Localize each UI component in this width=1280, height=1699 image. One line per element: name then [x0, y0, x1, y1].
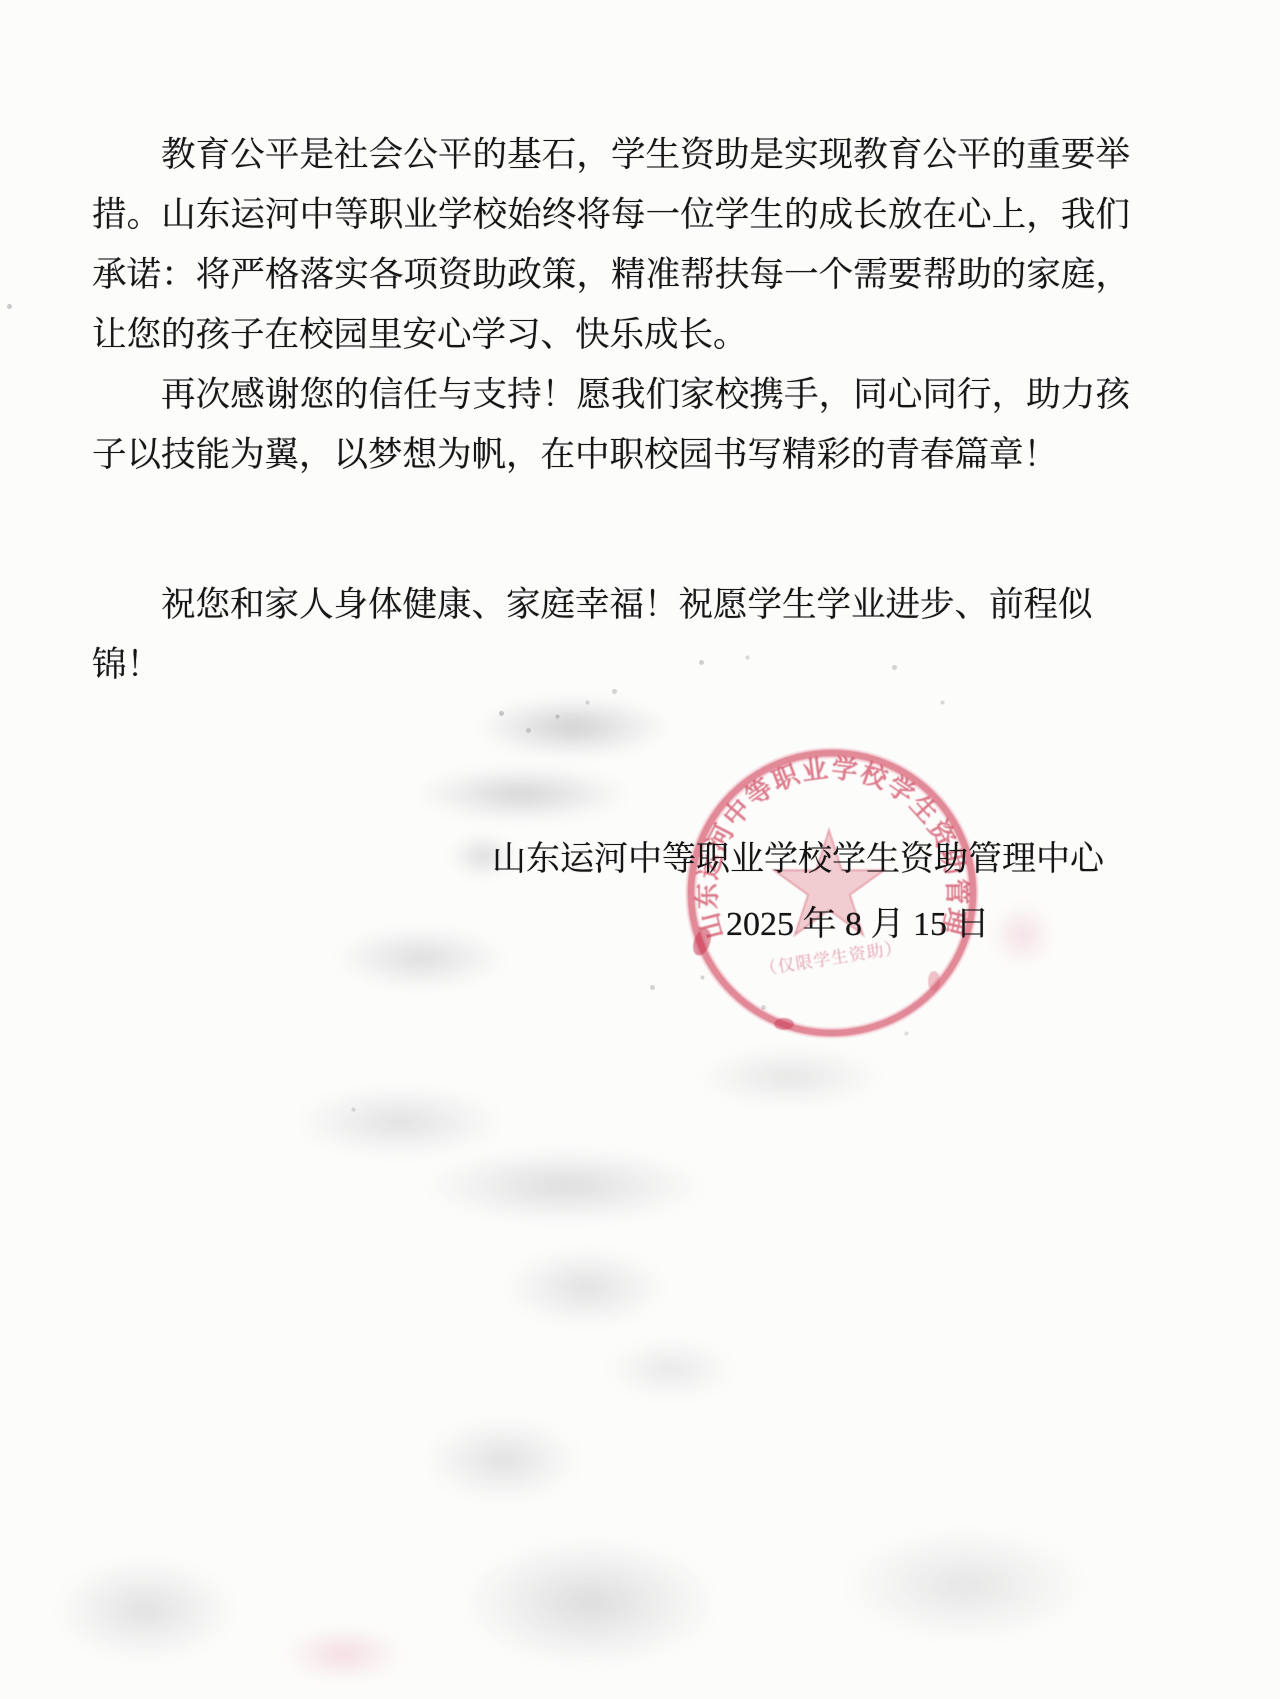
scan-smudge	[468, 1540, 713, 1665]
scan-smudge-pink	[992, 905, 1052, 965]
scanned-letter-page: 教育公平是社会公平的基石，学生资助是实现教育公平的重要举措。山东运河中等职业学校…	[0, 0, 1280, 1699]
scan-smudge	[480, 698, 665, 756]
scan-smudge-pink	[286, 1628, 401, 1680]
paragraph-thanks: 再次感谢您的信任与支持！愿我们家校携手，同心同行，助力孩子以技能为翼，以梦想为帆…	[92, 365, 1130, 485]
closing-wish: 祝您和家人身体健康、家庭幸福！祝愿学生学业进步、前程似锦！	[92, 575, 1152, 695]
signature-org: 山东运河中等职业学校学生资助管理中心	[492, 838, 1104, 882]
seal-smudge	[928, 971, 940, 991]
paragraph-commitment: 教育公平是社会公平的基石，学生资助是实现教育公平的重要举措。山东运河中等职业学校…	[92, 125, 1130, 365]
letter-date: 2025 年 8 月 15 日	[726, 903, 990, 947]
scan-smudge	[608, 1340, 733, 1398]
seal-graphic: 山东运河中等职业学校学生资助管理中心 （仅限学生资助）	[684, 746, 980, 1042]
official-seal-stamp: 山东运河中等职业学校学生资助管理中心 （仅限学生资助）	[684, 746, 980, 1042]
seal-smudge	[774, 1018, 794, 1030]
scan-smudge	[420, 768, 625, 820]
scan-smudge	[700, 1048, 880, 1106]
scan-smudge	[848, 1530, 1083, 1640]
scan-smudge	[430, 1150, 700, 1222]
scan-smudge	[58, 1560, 233, 1660]
scan-smudge	[300, 1088, 500, 1156]
scan-smudge	[338, 928, 503, 988]
letter-body: 教育公平是社会公平的基石，学生资助是实现教育公平的重要举措。山东运河中等职业学校…	[92, 125, 1130, 485]
scan-smudge	[428, 1420, 578, 1500]
scan-smudge	[508, 1250, 663, 1325]
scan-speckles	[0, 0, 3, 3]
